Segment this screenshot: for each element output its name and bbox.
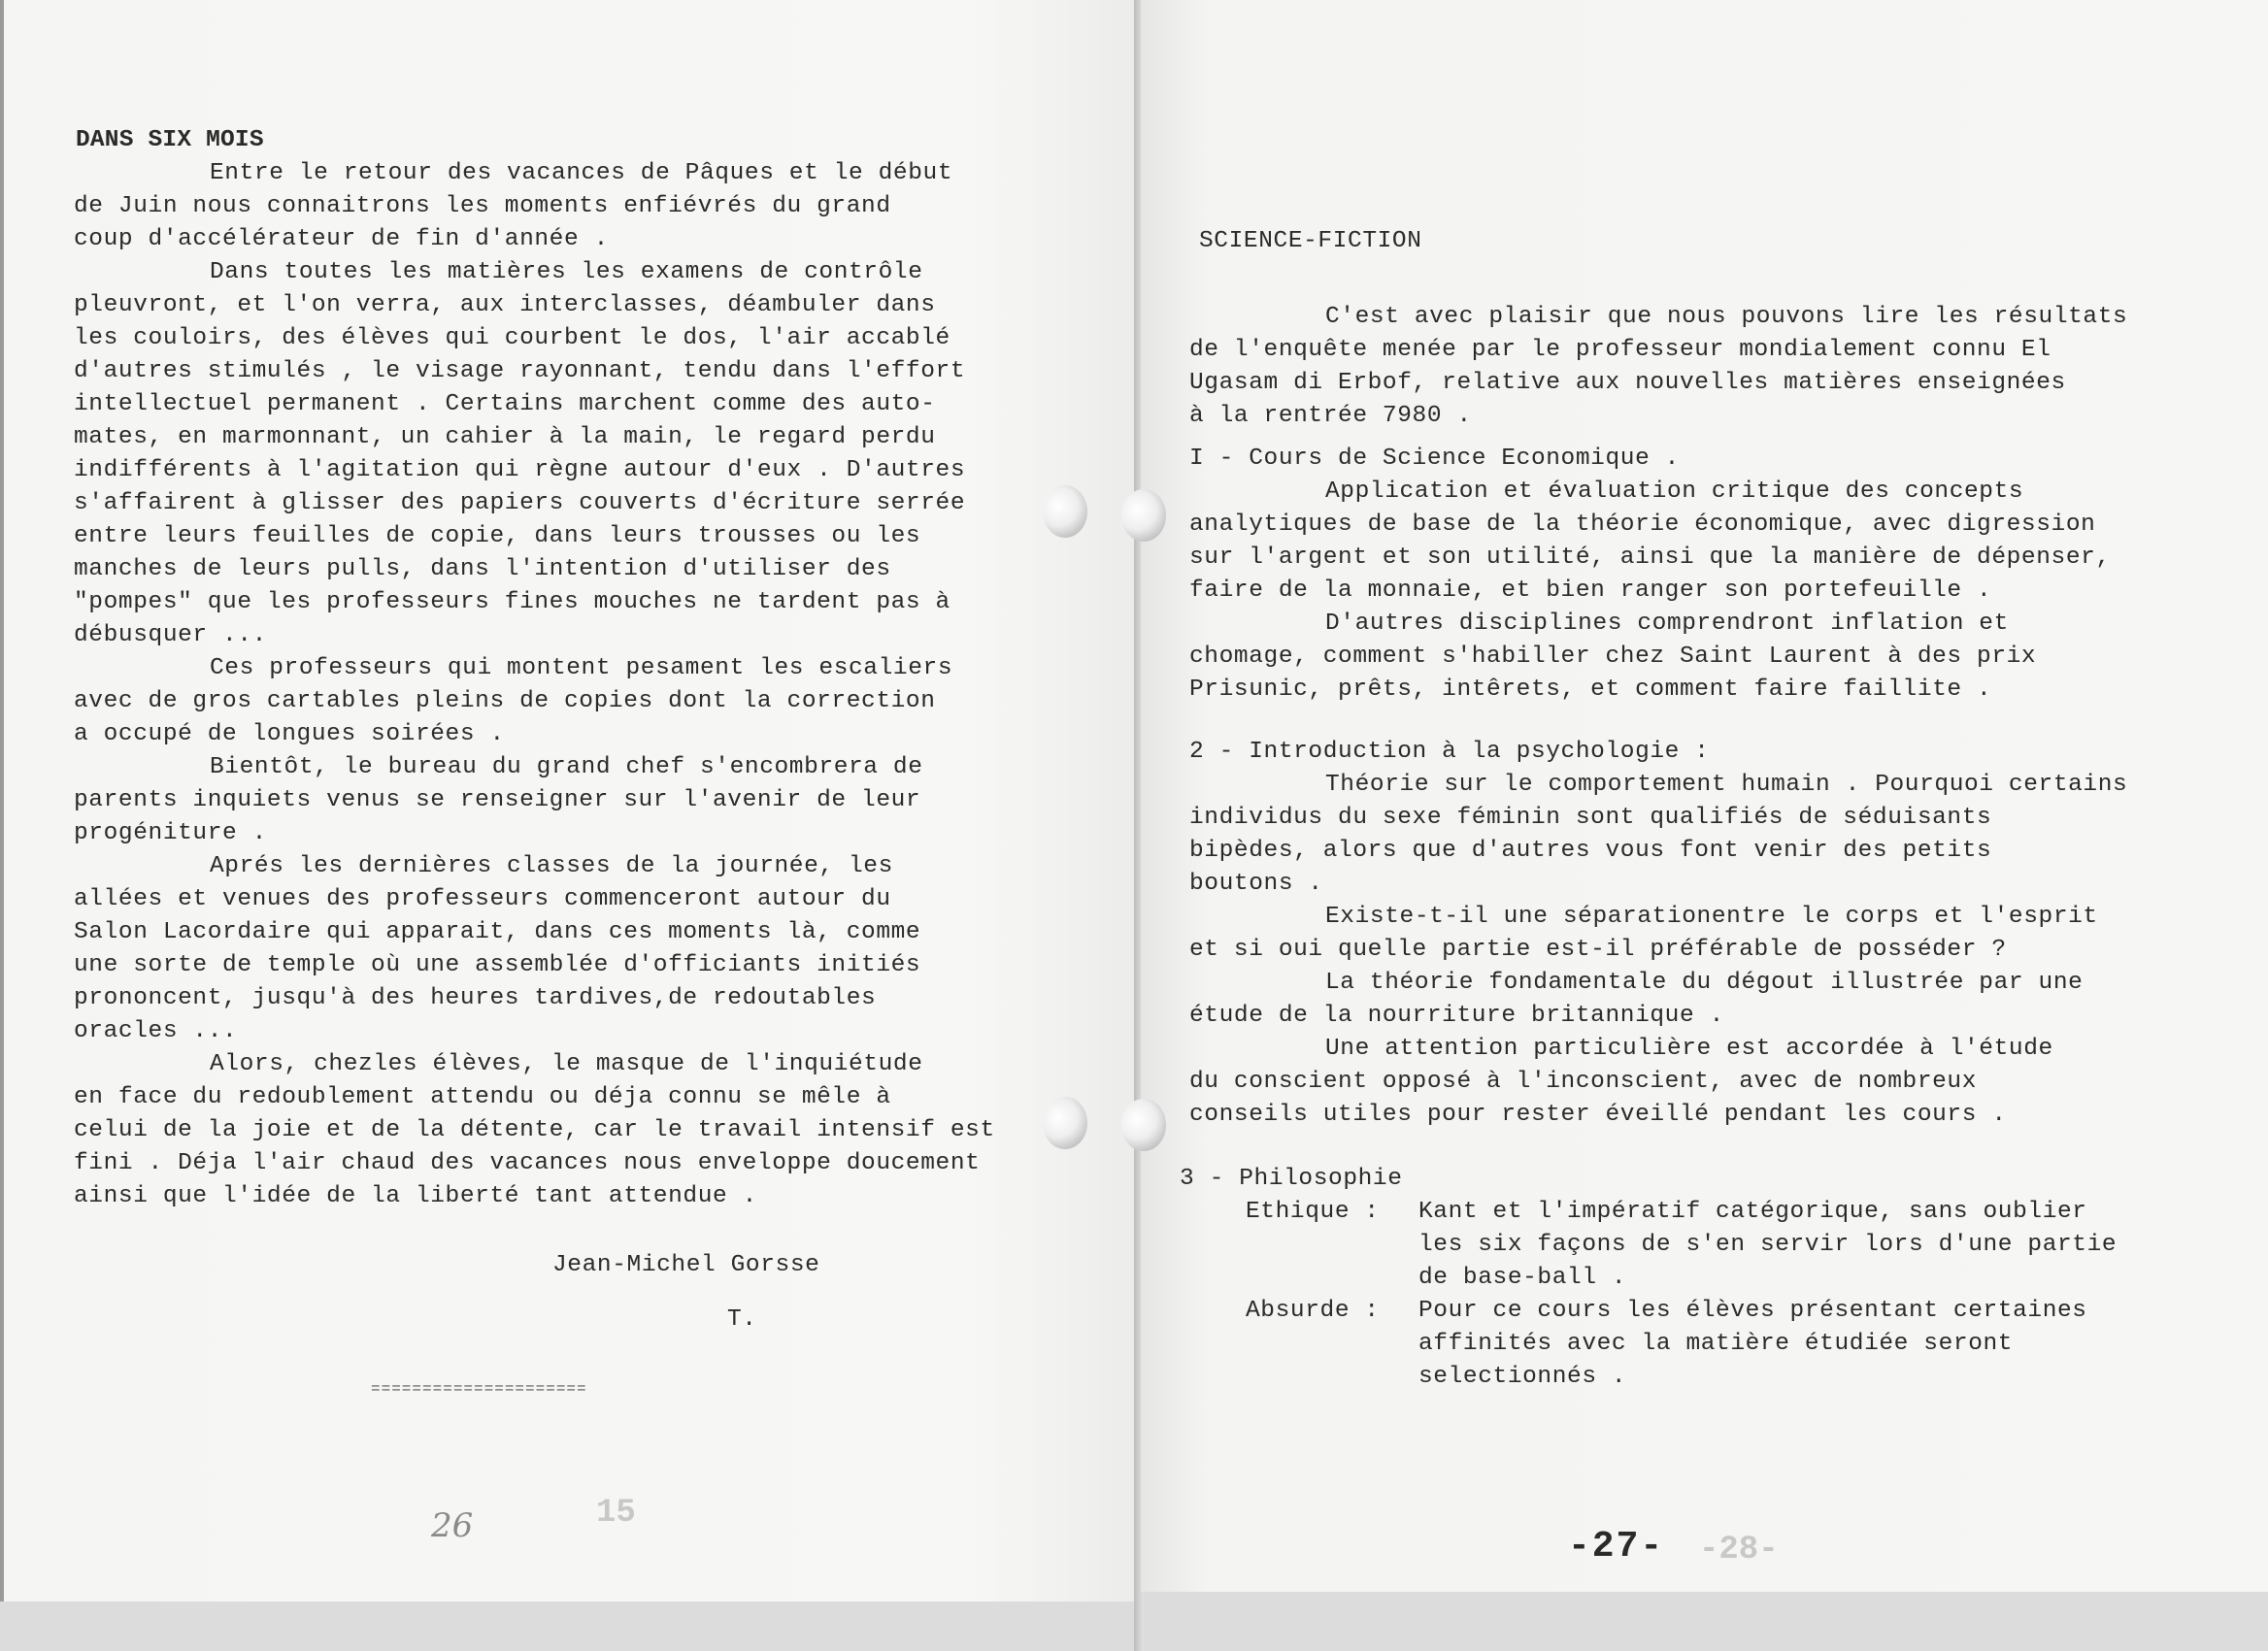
text-line: intellectuel permanent . Certains marche… xyxy=(74,388,995,421)
text-line: conseils utiles pour rester éveillé pend… xyxy=(1189,1099,2127,1132)
text-line: de base-ball . xyxy=(1418,1262,2117,1295)
text-line: parents inquiets venus se renseigner sur… xyxy=(74,784,995,817)
text-line: avec de gros cartables pleins de copies … xyxy=(74,685,995,718)
text-line: une sorte de temple où une assemblée d'o… xyxy=(74,949,995,982)
text-line: les six façons de s'en servir lors d'une… xyxy=(1418,1229,2117,1262)
text-line: a occupé de longues soirées . xyxy=(74,718,995,751)
philosophy-subject: Ethique :Kant et l'impératif catégorique… xyxy=(1246,1196,2117,1295)
section2-body: Théorie sur le comportement humain . Pou… xyxy=(1189,769,2127,1132)
text-line: "pompes" que les professeurs fines mouch… xyxy=(74,586,995,619)
text-line: celui de la joie et de la détente, car l… xyxy=(74,1114,995,1147)
text-line: étude de la nourriture britannique . xyxy=(1189,1000,2127,1033)
text-line: individus du sexe féminin sont qualifiés… xyxy=(1189,802,2127,835)
punch-hole xyxy=(1121,1099,1166,1151)
left-page: DANS SIX MOIS Entre le retour des vacanc… xyxy=(0,0,1140,1601)
text-line: du conscient opposé à l'inconscient, ave… xyxy=(1189,1066,2127,1099)
punch-hole xyxy=(1043,1097,1087,1149)
text-line: Existe-t-il une séparationentre le corps… xyxy=(1189,901,2127,934)
article-title-dans-six-mois: DANS SIX MOIS xyxy=(76,124,264,157)
subject-description: Pour ce cours les élèves présentant cert… xyxy=(1418,1295,2117,1394)
text-line: de l'enquête menée par le professeur mon… xyxy=(1189,334,2127,367)
section3-heading: 3 - Philosophie xyxy=(1180,1163,1403,1196)
page-number: -27- xyxy=(1568,1526,1664,1568)
text-line: Aprés les dernières classes de la journé… xyxy=(74,850,995,883)
text-line: d'autres stimulés , le visage rayonnant,… xyxy=(74,355,995,388)
text-line: coup d'accélérateur de fin d'année . xyxy=(74,223,995,256)
page-number-bleedthrough: -28- xyxy=(1699,1532,1779,1568)
text-line: oracles ... xyxy=(74,1015,995,1048)
right-page: SCIENCE-FICTION C'est avec plaisir que n… xyxy=(1141,0,2268,1592)
text-line: La théorie fondamentale du dégout illust… xyxy=(1189,967,2127,1000)
text-line: faire de la monnaie, et bien ranger son … xyxy=(1189,575,2111,608)
text-line: Pour ce cours les élèves présentant cert… xyxy=(1418,1295,2117,1328)
text-line: analytiques de base de la théorie économ… xyxy=(1189,509,2111,542)
separator-line: ===================== xyxy=(371,1380,587,1398)
text-line: entre leurs feuilles de copie, dans leur… xyxy=(74,520,995,553)
article-intro: C'est avec plaisir que nous pouvons lire… xyxy=(1189,301,2127,433)
text-line: ainsi que l'idée de la liberté tant atte… xyxy=(74,1180,995,1213)
text-line: Entre le retour des vacances de Pâques e… xyxy=(74,157,995,190)
text-line: à la rentrée 7980 . xyxy=(1189,400,2127,433)
section3-body: Ethique :Kant et l'impératif catégorique… xyxy=(1246,1196,2117,1394)
text-line: D'autres disciplines comprendront inflat… xyxy=(1189,608,2111,641)
text-line: Une attention particulière est accordée … xyxy=(1189,1033,2127,1066)
section1-body: Application et évaluation critique des c… xyxy=(1189,476,2111,707)
text-line: bipèdes, alors que d'autres vous font ve… xyxy=(1189,835,2127,868)
scanned-booklet-spread: DANS SIX MOIS Entre le retour des vacanc… xyxy=(0,0,2268,1651)
text-line: Alors, chezles élèves, le masque de l'in… xyxy=(74,1048,995,1081)
philosophy-subject: Absurde :Pour ce cours les élèves présen… xyxy=(1246,1295,2117,1394)
text-line: mates, en marmonnant, un cahier à la mai… xyxy=(74,421,995,454)
text-line: et si oui quelle partie est-il préférabl… xyxy=(1189,934,2127,967)
text-line: prononcent, jusqu'à des heures tardives,… xyxy=(74,982,995,1015)
text-line: Dans toutes les matières les examens de … xyxy=(74,256,995,289)
text-line: indifférents à l'agitation qui règne aut… xyxy=(74,454,995,487)
text-line: les couloirs, des élèves qui courbent le… xyxy=(74,322,995,355)
text-line: progéniture . xyxy=(74,817,995,850)
text-line: Ugasam di Erbof, relative aux nouvelles … xyxy=(1189,367,2127,400)
text-line: boutons . xyxy=(1189,868,2127,901)
text-line: manches de leurs pulls, dans l'intention… xyxy=(74,553,995,586)
text-line: sur l'argent et son utilité, ainsi que l… xyxy=(1189,542,2111,575)
text-line: fini . Déja l'air chaud des vacances nou… xyxy=(74,1147,995,1180)
text-line: Prisunic, prêts, intêrets, et comment fa… xyxy=(1189,674,2111,707)
author-signature: Jean-Michel Gorsse xyxy=(552,1252,819,1278)
text-line: de Juin nous connaitrons les moments enf… xyxy=(74,190,995,223)
text-line: s'affairent à glisser des papiers couver… xyxy=(74,487,995,520)
text-line: pleuvront, et l'on verra, aux interclass… xyxy=(74,289,995,322)
text-line: en face du redoublement attendu ou déja … xyxy=(74,1081,995,1114)
section2-heading: 2 - Introduction à la psychologie : xyxy=(1189,736,1710,769)
text-line: Bientôt, le bureau du grand chef s'encom… xyxy=(74,751,995,784)
text-line: Ces professeurs qui montent pesament les… xyxy=(74,652,995,685)
page-number-bleedthrough: 15 xyxy=(596,1495,636,1532)
punch-hole xyxy=(1121,489,1166,542)
author-initial: T. xyxy=(727,1306,757,1333)
punch-hole xyxy=(1043,485,1087,538)
text-line: allées et venues des professeurs commenc… xyxy=(74,883,995,916)
text-line: Kant et l'impératif catégorique, sans ou… xyxy=(1418,1196,2117,1229)
subject-label: Ethique : xyxy=(1246,1196,1418,1229)
text-line: Salon Lacordaire qui apparait, dans ces … xyxy=(74,916,995,949)
text-line: Théorie sur le comportement humain . Pou… xyxy=(1189,769,2127,802)
article-title-science-fiction: SCIENCE-FICTION xyxy=(1199,225,1422,258)
text-line: chomage, comment s'habiller chez Saint L… xyxy=(1189,641,2111,674)
subject-label: Absurde : xyxy=(1246,1295,1418,1328)
text-line: selectionnés . xyxy=(1418,1361,2117,1394)
text-line: Application et évaluation critique des c… xyxy=(1189,476,2111,509)
text-line: débusquer ... xyxy=(74,619,995,652)
subject-description: Kant et l'impératif catégorique, sans ou… xyxy=(1418,1196,2117,1295)
article-body-dans-six-mois: Entre le retour des vacances de Pâques e… xyxy=(74,157,995,1213)
text-line: C'est avec plaisir que nous pouvons lire… xyxy=(1189,301,2127,334)
text-line: affinités avec la matière étudiée seront xyxy=(1418,1328,2117,1361)
page-number-handwritten: 26 xyxy=(431,1506,473,1545)
section1-heading: I - Cours de Science Economique . xyxy=(1189,443,1680,476)
